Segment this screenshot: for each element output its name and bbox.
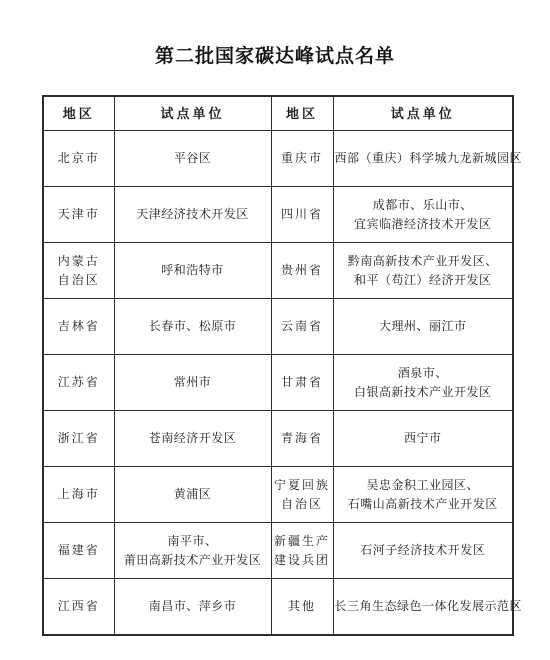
unit-cell: 黔南高新技术产业开发区、 和平（苟江）经济开发区 xyxy=(333,243,513,299)
unit-cell: 大理州、丽江市 xyxy=(333,299,513,355)
region-cell: 甘肃省 xyxy=(271,355,333,411)
header-row: 地区 试点单位 地区 试点单位 xyxy=(43,96,513,131)
pilot-list-table: 地区 试点单位 地区 试点单位 北京市 平谷区 重庆市 西部（重庆）科学城九龙新… xyxy=(42,95,514,636)
table-row: 吉林省 长春市、松原市 云南省 大理州、丽江市 xyxy=(43,299,513,355)
region-cell: 宁夏回族 自治区 xyxy=(271,467,333,523)
region-cell: 吉林省 xyxy=(43,299,114,355)
unit-cell: 酒泉市、 白银高新技术产业开发区 xyxy=(333,355,513,411)
table-row: 天津市 天津经济技术开发区 四川省 成都市、乐山市、 宜宾临港经济技术开发区 xyxy=(43,187,513,243)
region-cell: 四川省 xyxy=(271,187,333,243)
column-header-region-right: 地区 xyxy=(271,96,333,131)
unit-cell: 吴忠金积工业园区、 石嘴山高新技术产业开发区 xyxy=(333,467,513,523)
unit-cell: 石河子经济技术开发区 xyxy=(333,523,513,579)
table-row: 福建省 南平市、 莆田高新技术产业开发区 新疆生产 建设兵团 石河子经济技术开发… xyxy=(43,523,513,579)
region-cell: 浙江省 xyxy=(43,411,114,467)
region-cell: 内蒙古 自治区 xyxy=(43,243,114,299)
unit-cell: 天津经济技术开发区 xyxy=(114,187,271,243)
table-row: 浙江省 苍南经济开发区 青海省 西宁市 xyxy=(43,411,513,467)
unit-cell: 常州市 xyxy=(114,355,271,411)
region-cell: 江西省 xyxy=(43,579,114,636)
region-cell: 其他 xyxy=(271,579,333,636)
unit-cell: 西部（重庆）科学城九龙新城园区 xyxy=(333,131,513,187)
unit-cell: 长三角生态绿色一体化发展示范区 xyxy=(333,579,513,636)
region-cell: 云南省 xyxy=(271,299,333,355)
region-cell: 天津市 xyxy=(43,187,114,243)
table-row: 江苏省 常州市 甘肃省 酒泉市、 白银高新技术产业开发区 xyxy=(43,355,513,411)
region-cell: 青海省 xyxy=(271,411,333,467)
table-row: 内蒙古 自治区 呼和浩特市 贵州省 黔南高新技术产业开发区、 和平（苟江）经济开… xyxy=(43,243,513,299)
column-header-unit-left: 试点单位 xyxy=(114,96,271,131)
unit-cell: 成都市、乐山市、 宜宾临港经济技术开发区 xyxy=(333,187,513,243)
unit-cell: 长春市、松原市 xyxy=(114,299,271,355)
unit-cell: 黄浦区 xyxy=(114,467,271,523)
column-header-region-left: 地区 xyxy=(43,96,114,131)
unit-cell: 平谷区 xyxy=(114,131,271,187)
table-row: 北京市 平谷区 重庆市 西部（重庆）科学城九龙新城园区 xyxy=(43,131,513,187)
unit-cell: 南平市、 莆田高新技术产业开发区 xyxy=(114,523,271,579)
region-cell: 重庆市 xyxy=(271,131,333,187)
region-cell: 新疆生产 建设兵团 xyxy=(271,523,333,579)
unit-cell: 苍南经济开发区 xyxy=(114,411,271,467)
page-title: 第二批国家碳达峰试点名单 xyxy=(0,0,550,70)
table-row: 江西省 南昌市、萍乡市 其他 长三角生态绿色一体化发展示范区 xyxy=(43,579,513,636)
region-cell: 贵州省 xyxy=(271,243,333,299)
table-row: 上海市 黄浦区 宁夏回族 自治区 吴忠金积工业园区、 石嘴山高新技术产业开发区 xyxy=(43,467,513,523)
region-cell: 上海市 xyxy=(43,467,114,523)
document-page: 第二批国家碳达峰试点名单 地区 试点单位 地区 试点单位 北京市 平谷区 重庆市… xyxy=(0,0,550,660)
region-cell: 北京市 xyxy=(43,131,114,187)
region-cell: 福建省 xyxy=(43,523,114,579)
region-cell: 江苏省 xyxy=(43,355,114,411)
unit-cell: 呼和浩特市 xyxy=(114,243,271,299)
unit-cell: 西宁市 xyxy=(333,411,513,467)
column-header-unit-right: 试点单位 xyxy=(333,96,513,131)
unit-cell: 南昌市、萍乡市 xyxy=(114,579,271,636)
